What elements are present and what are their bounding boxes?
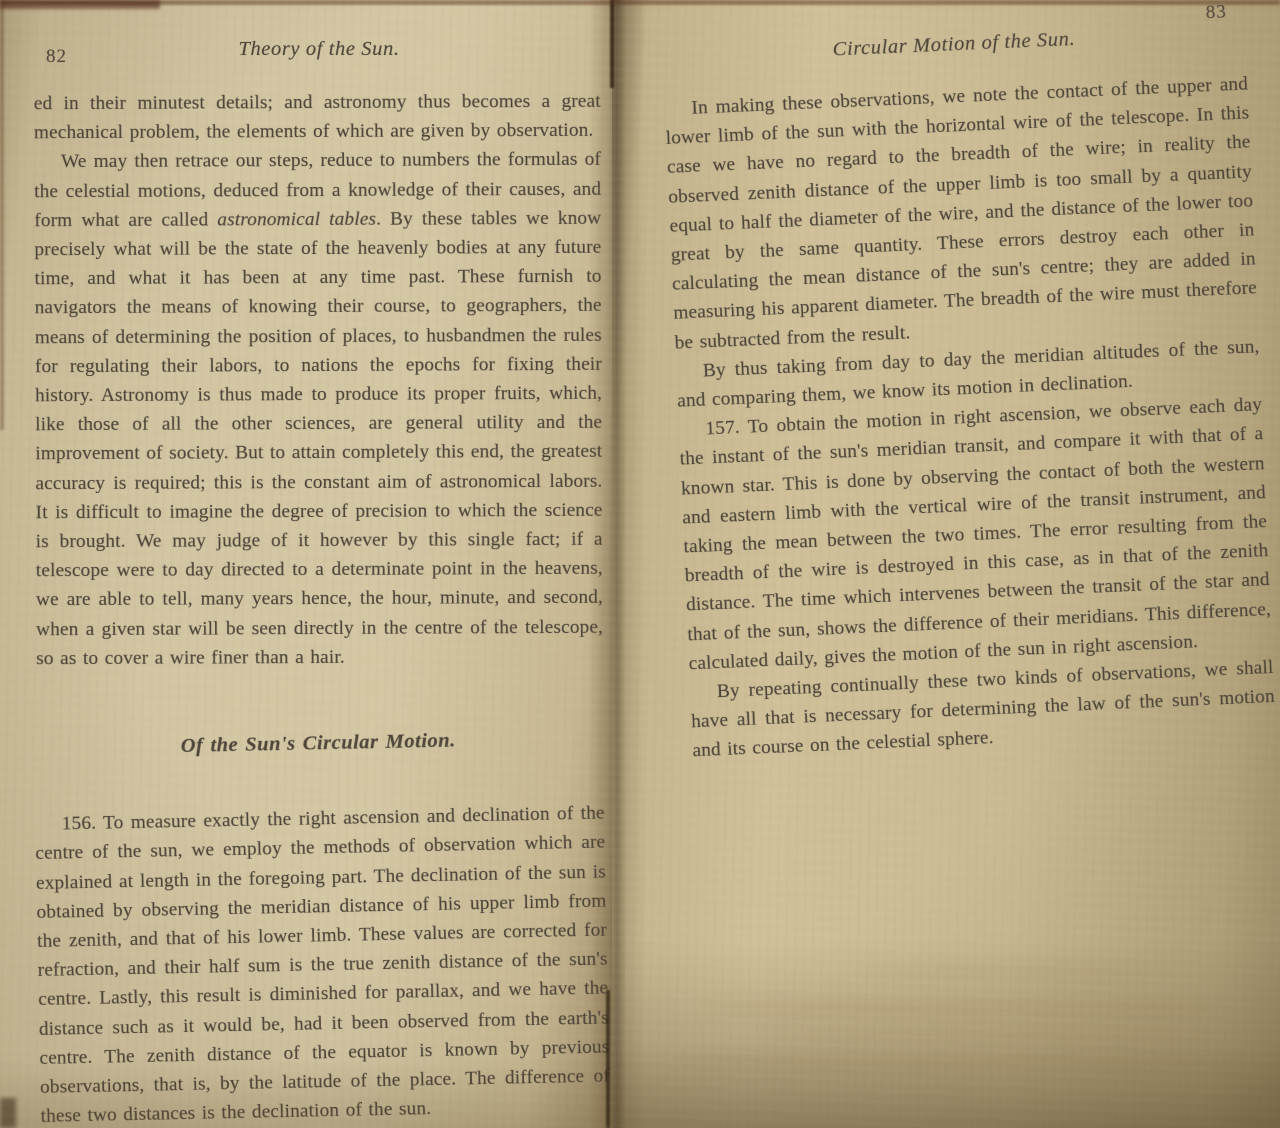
right-body: In making these observations, we note th… bbox=[664, 69, 1277, 766]
gutter-shadow bbox=[588, 0, 646, 1128]
left-running-header: Theory of the Sun. bbox=[36, 38, 602, 61]
paragraph-157: 157. To obtain the motion in right ascen… bbox=[678, 390, 1273, 678]
right-page-content: 83 Circular Motion of the Sun. In making… bbox=[661, 9, 1276, 766]
gutter-crease-top bbox=[610, 0, 614, 88]
left-page: Theory of the Sun. 82 ed in their minute… bbox=[0, 0, 612, 1128]
paragraph-156: 156. To measure exactly the right ascens… bbox=[35, 799, 611, 1128]
paper-stain bbox=[700, 1000, 1220, 1016]
section-heading: Of the Sun's Circular Motion. bbox=[33, 724, 603, 765]
left-page-header-row: Theory of the Sun. bbox=[36, 38, 602, 61]
left-body-lower: Of the Sun's Circular Motion. 156. To me… bbox=[33, 724, 611, 1128]
top-edge-shadow bbox=[0, 0, 1280, 5]
paper-stain bbox=[680, 1054, 1240, 1069]
gutter-crease-bottom bbox=[606, 990, 610, 1128]
paragraph-continuation: ed in their minutest details; and astron… bbox=[34, 87, 601, 148]
left-edge-shadow bbox=[0, 0, 4, 430]
italic-phrase-astronomical-tables: astronomical tables bbox=[217, 209, 376, 231]
book-spread-scan: Theory of the Sun. 82 ed in their minute… bbox=[0, 0, 1280, 1128]
paragraph-retrace-post: . By these tables we know precisely what… bbox=[34, 208, 603, 670]
paragraph-astronomical-tables: We may then retrace our steps, reduce to… bbox=[34, 145, 603, 673]
paper-stain bbox=[760, 1028, 1220, 1042]
paper-stain bbox=[860, 965, 1160, 977]
left-body-upper: ed in their minutest details; and astron… bbox=[34, 87, 604, 674]
bottom-left-edge-mark bbox=[0, 1098, 16, 1128]
top-left-edge-mark bbox=[0, 0, 160, 9]
paragraph-observations: In making these observations, we note th… bbox=[664, 69, 1259, 357]
left-page-number: 82 bbox=[46, 46, 67, 68]
